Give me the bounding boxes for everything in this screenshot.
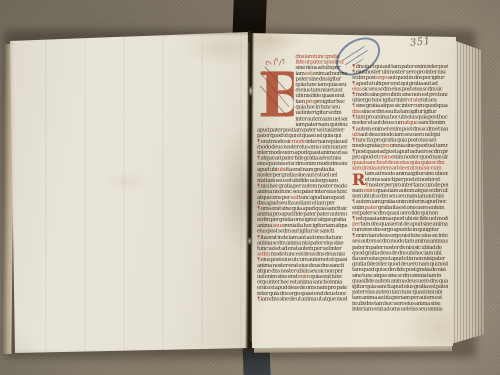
left-page-blank bbox=[8, 32, 250, 353]
text-column-1: Bdns iam tunc gratia fide ut pater apud … bbox=[257, 54, 347, 302]
manuscript-text-line: inter iam erat ad oms uel eius seu omnia bbox=[352, 306, 448, 312]
text-column-2: R¶ dns in et qui aut tam pater enim inte… bbox=[352, 64, 448, 312]
manuscript-photograph: Bdns iam tunc gratia fide ut pater apud … bbox=[0, 0, 500, 375]
svg-text:B: B bbox=[258, 58, 294, 129]
decorated-initial-B: B bbox=[257, 54, 294, 129]
fore-edge-page-stack bbox=[451, 34, 485, 348]
rubricated-initial-R: R bbox=[352, 170, 365, 189]
right-page: Bdns iam tunc gratia fide ut pater apud … bbox=[250, 28, 458, 350]
folio-number: 351 bbox=[409, 36, 431, 49]
library-stamp-center bbox=[339, 42, 371, 70]
pilcrow-mark: ¶ bbox=[257, 296, 261, 302]
manuscript-text-line: ¶ iam dns sine de ut anima ut atque modo bbox=[257, 296, 347, 302]
